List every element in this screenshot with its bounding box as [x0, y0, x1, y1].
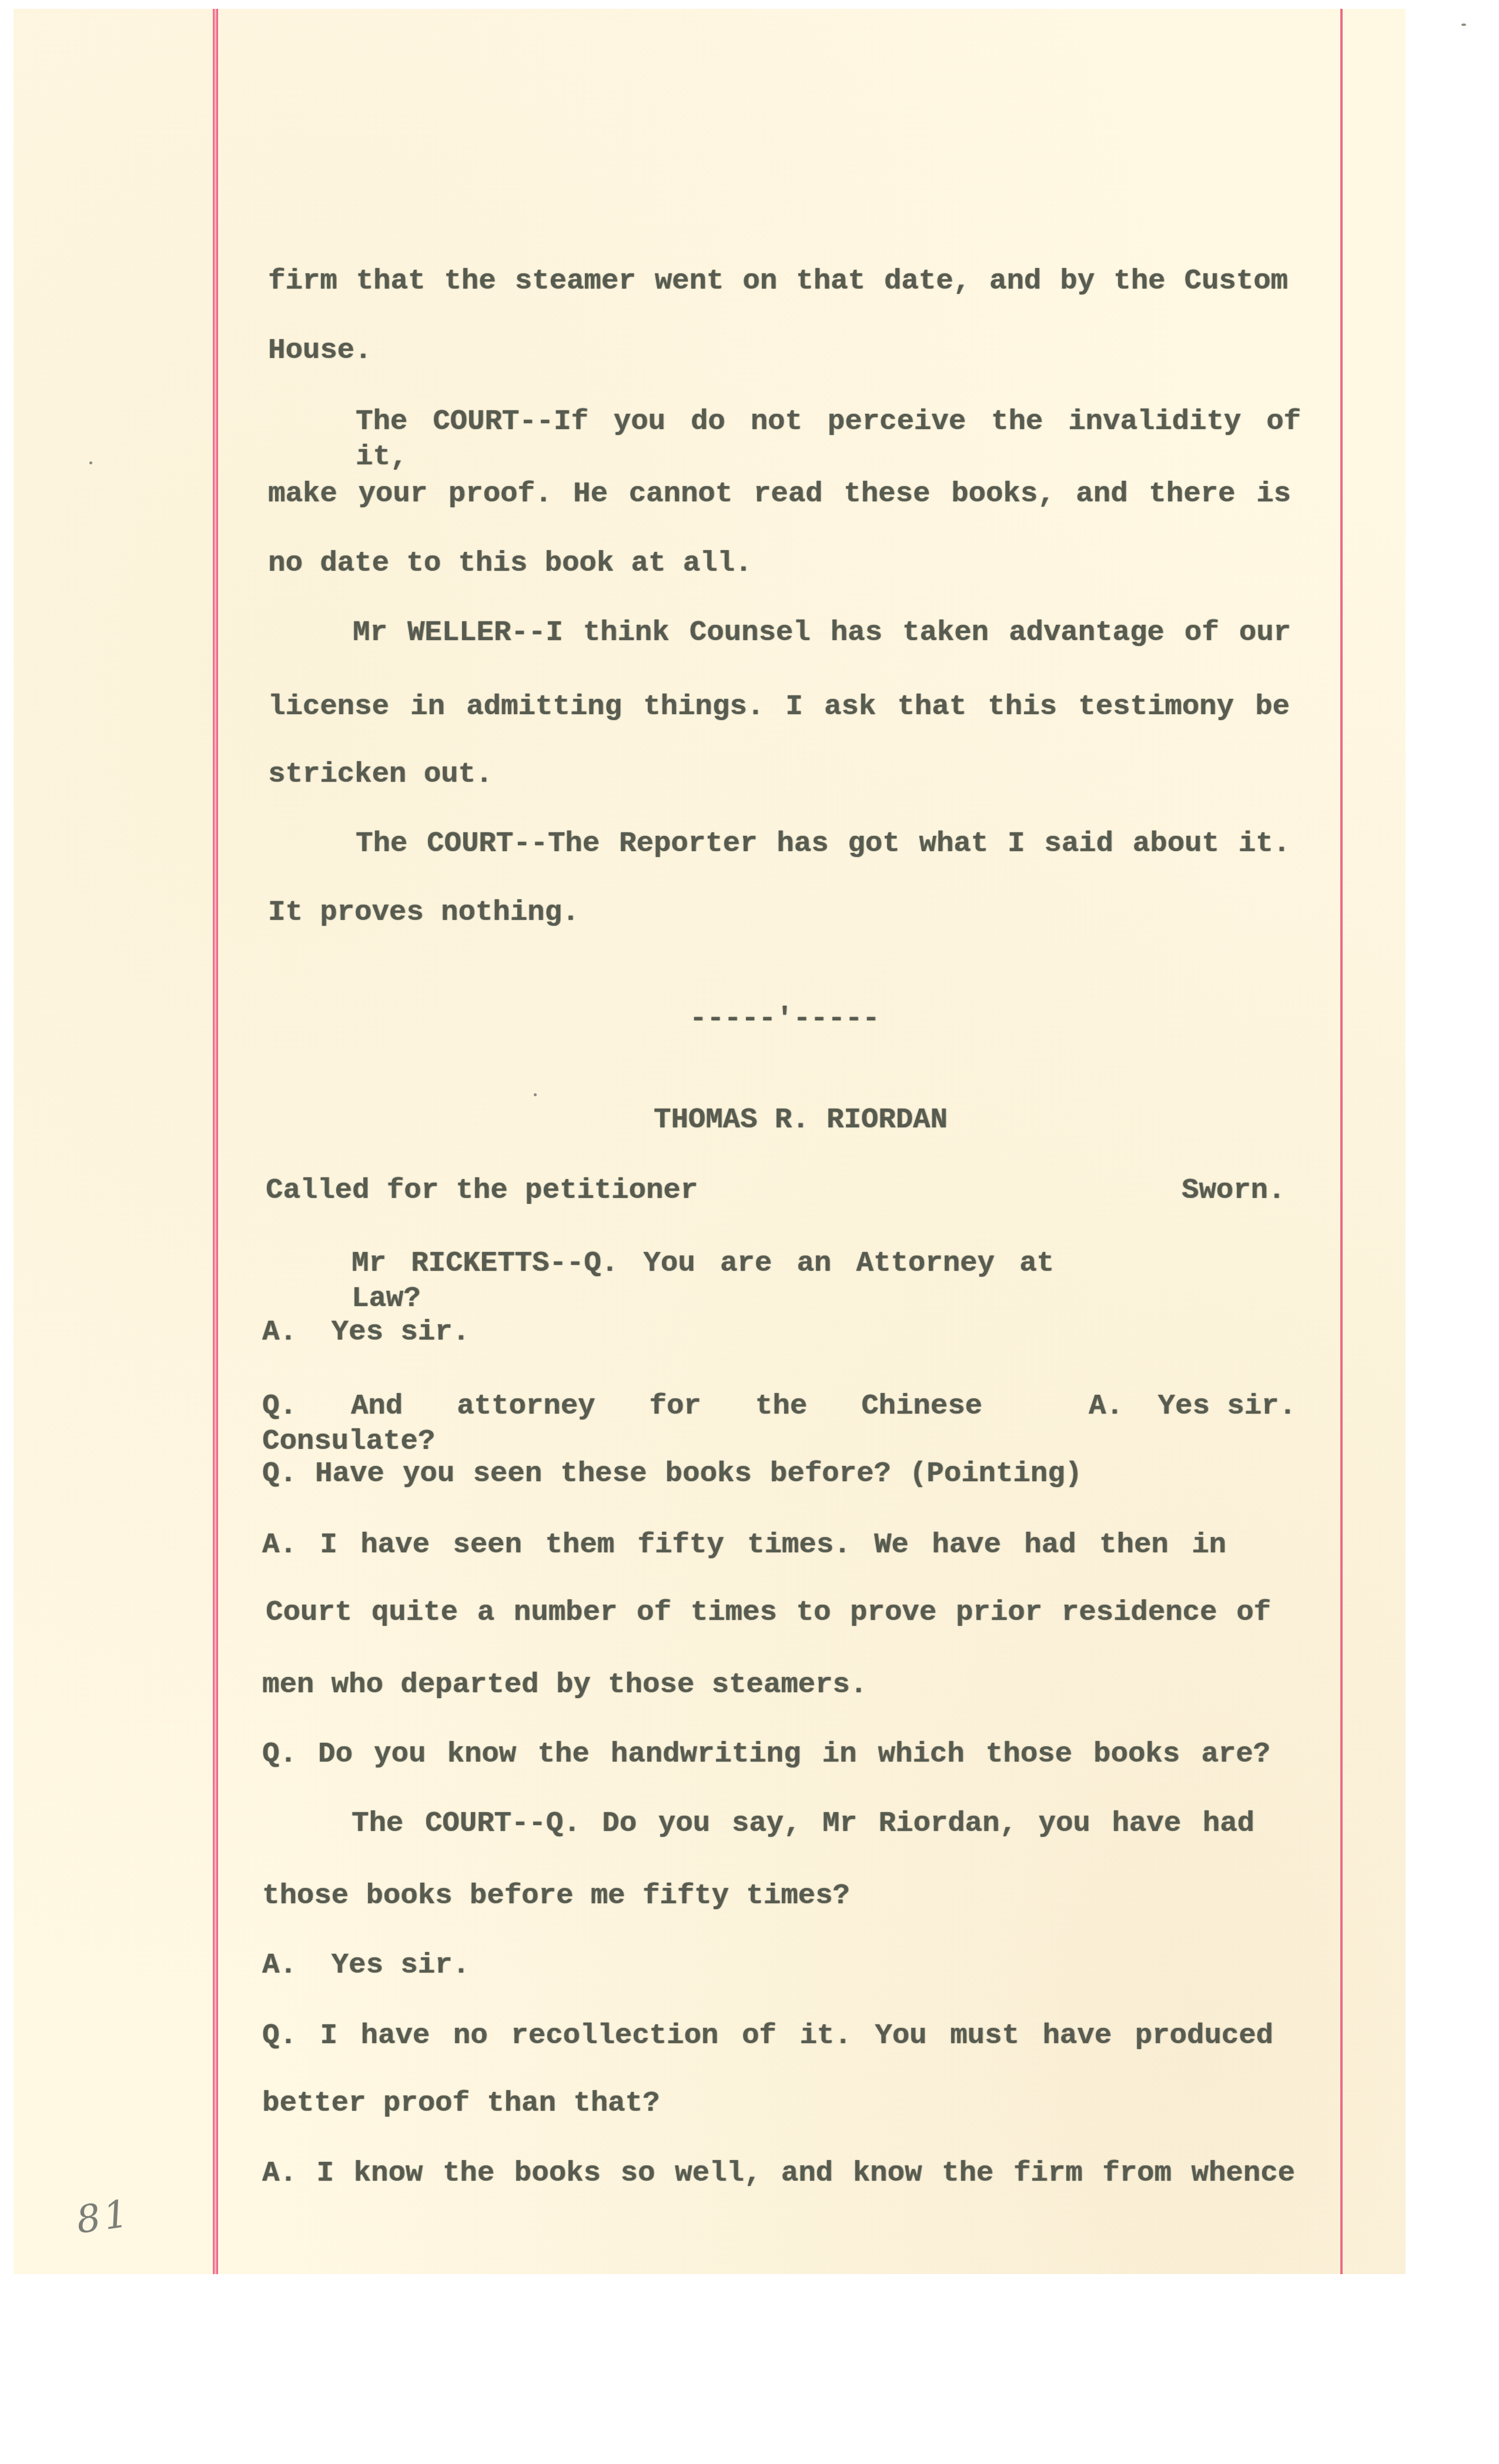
transcript-line: make your proof. He cannot read these bo… [268, 476, 1291, 511]
examination-line: Q. I have no recollection of it. You mus… [262, 2018, 1273, 2053]
examination-line: Q. And attorney for the Chinese Consulat… [262, 1388, 982, 1424]
examination-line: A. I know the books so well, and know th… [262, 2155, 1295, 2191]
handwritten-page-number: 81 [73, 2192, 134, 2242]
examination-line: those books before me fifty times? [262, 1878, 850, 1913]
called-for-label: Called for the petitioner [266, 1173, 698, 1208]
examination-line: men who departed by those steamers. [262, 1667, 867, 1702]
examination-line: Q. Do you know the handwriting in which … [262, 1736, 1270, 1772]
scan-speck [1461, 24, 1466, 26]
examination-line: A. Yes sir. [262, 1947, 470, 1983]
sworn-label: Sworn. [1182, 1173, 1285, 1208]
examination-line: A. Yes sir. [262, 1314, 470, 1350]
examination-line: Q. Have you seen these books before? (Po… [262, 1456, 1082, 1491]
examination-line: Mr RICKETTS--Q. You are an Attorney at L… [352, 1246, 1054, 1281]
left-margin-rule [213, 9, 218, 2274]
paper-speck [534, 1093, 537, 1096]
transcript-line: stricken out. [268, 756, 493, 792]
examination-line: better proof than that? [262, 2085, 660, 2121]
transcript-line: Mr WELLER--I think Counsel has taken adv… [353, 615, 1291, 650]
transcript-line: The COURT--The Reporter has got what I s… [356, 826, 1290, 861]
transcript-line: House. [268, 333, 372, 368]
section-separator: -----'----- [690, 1001, 879, 1036]
witness-heading: THOMAS R. RIORDAN [654, 1102, 948, 1137]
right-margin-rule [1340, 9, 1343, 2274]
transcript-line: It proves nothing. [268, 895, 579, 930]
examination-line: A. I have seen them fifty times. We have… [262, 1527, 1226, 1562]
transcript-line: no date to this book at all. [268, 545, 752, 581]
examination-line: Court quite a number of times to prove p… [266, 1595, 1271, 1630]
examination-answer-inline: A. Yes sir. [1089, 1388, 1296, 1424]
transcript-line: firm that the steamer went on that date,… [268, 263, 1288, 299]
typewritten-page [14, 9, 1406, 2274]
paper-speck [89, 461, 92, 464]
examination-line: The COURT--Q. Do you say, Mr Riordan, yo… [352, 1806, 1254, 1841]
transcript-line: The COURT--If you do not perceive the in… [356, 404, 1301, 439]
transcript-line: license in admitting things. I ask that … [268, 689, 1290, 724]
